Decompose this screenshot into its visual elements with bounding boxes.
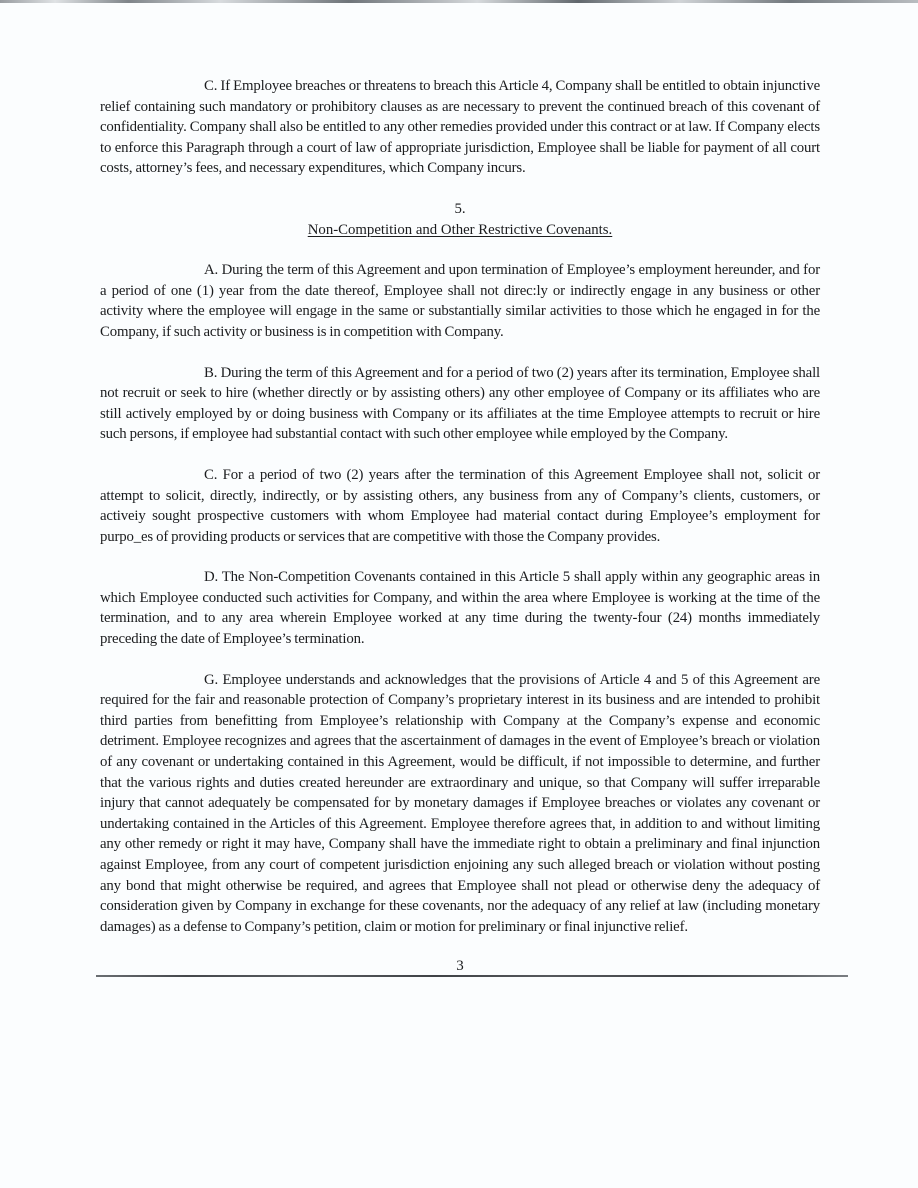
paragraph-a: A. During the term of this Agreement and…: [100, 260, 820, 342]
page-number: 3: [100, 957, 820, 975]
footer-rule: [96, 975, 848, 977]
section-number: 5.: [100, 199, 820, 220]
paragraph-d: D. The Non-Competition Covenants contain…: [100, 567, 820, 649]
paragraph-article4-c: C. If Employee breaches or threatens to …: [100, 76, 820, 179]
document-page: C. If Employee breaches or threatens to …: [0, 0, 918, 977]
section-heading: 5. Non-Competition and Other Restrictive…: [100, 199, 820, 240]
paragraph-g: G. Employee understands and acknowledges…: [100, 670, 820, 938]
paragraph-c: C. For a period of two (2) years after t…: [100, 465, 820, 547]
page-footer: 3: [100, 957, 820, 977]
section-title: Non-Competition and Other Restrictive Co…: [100, 220, 820, 241]
paragraph-b: B. During the term of this Agreement and…: [100, 363, 820, 445]
